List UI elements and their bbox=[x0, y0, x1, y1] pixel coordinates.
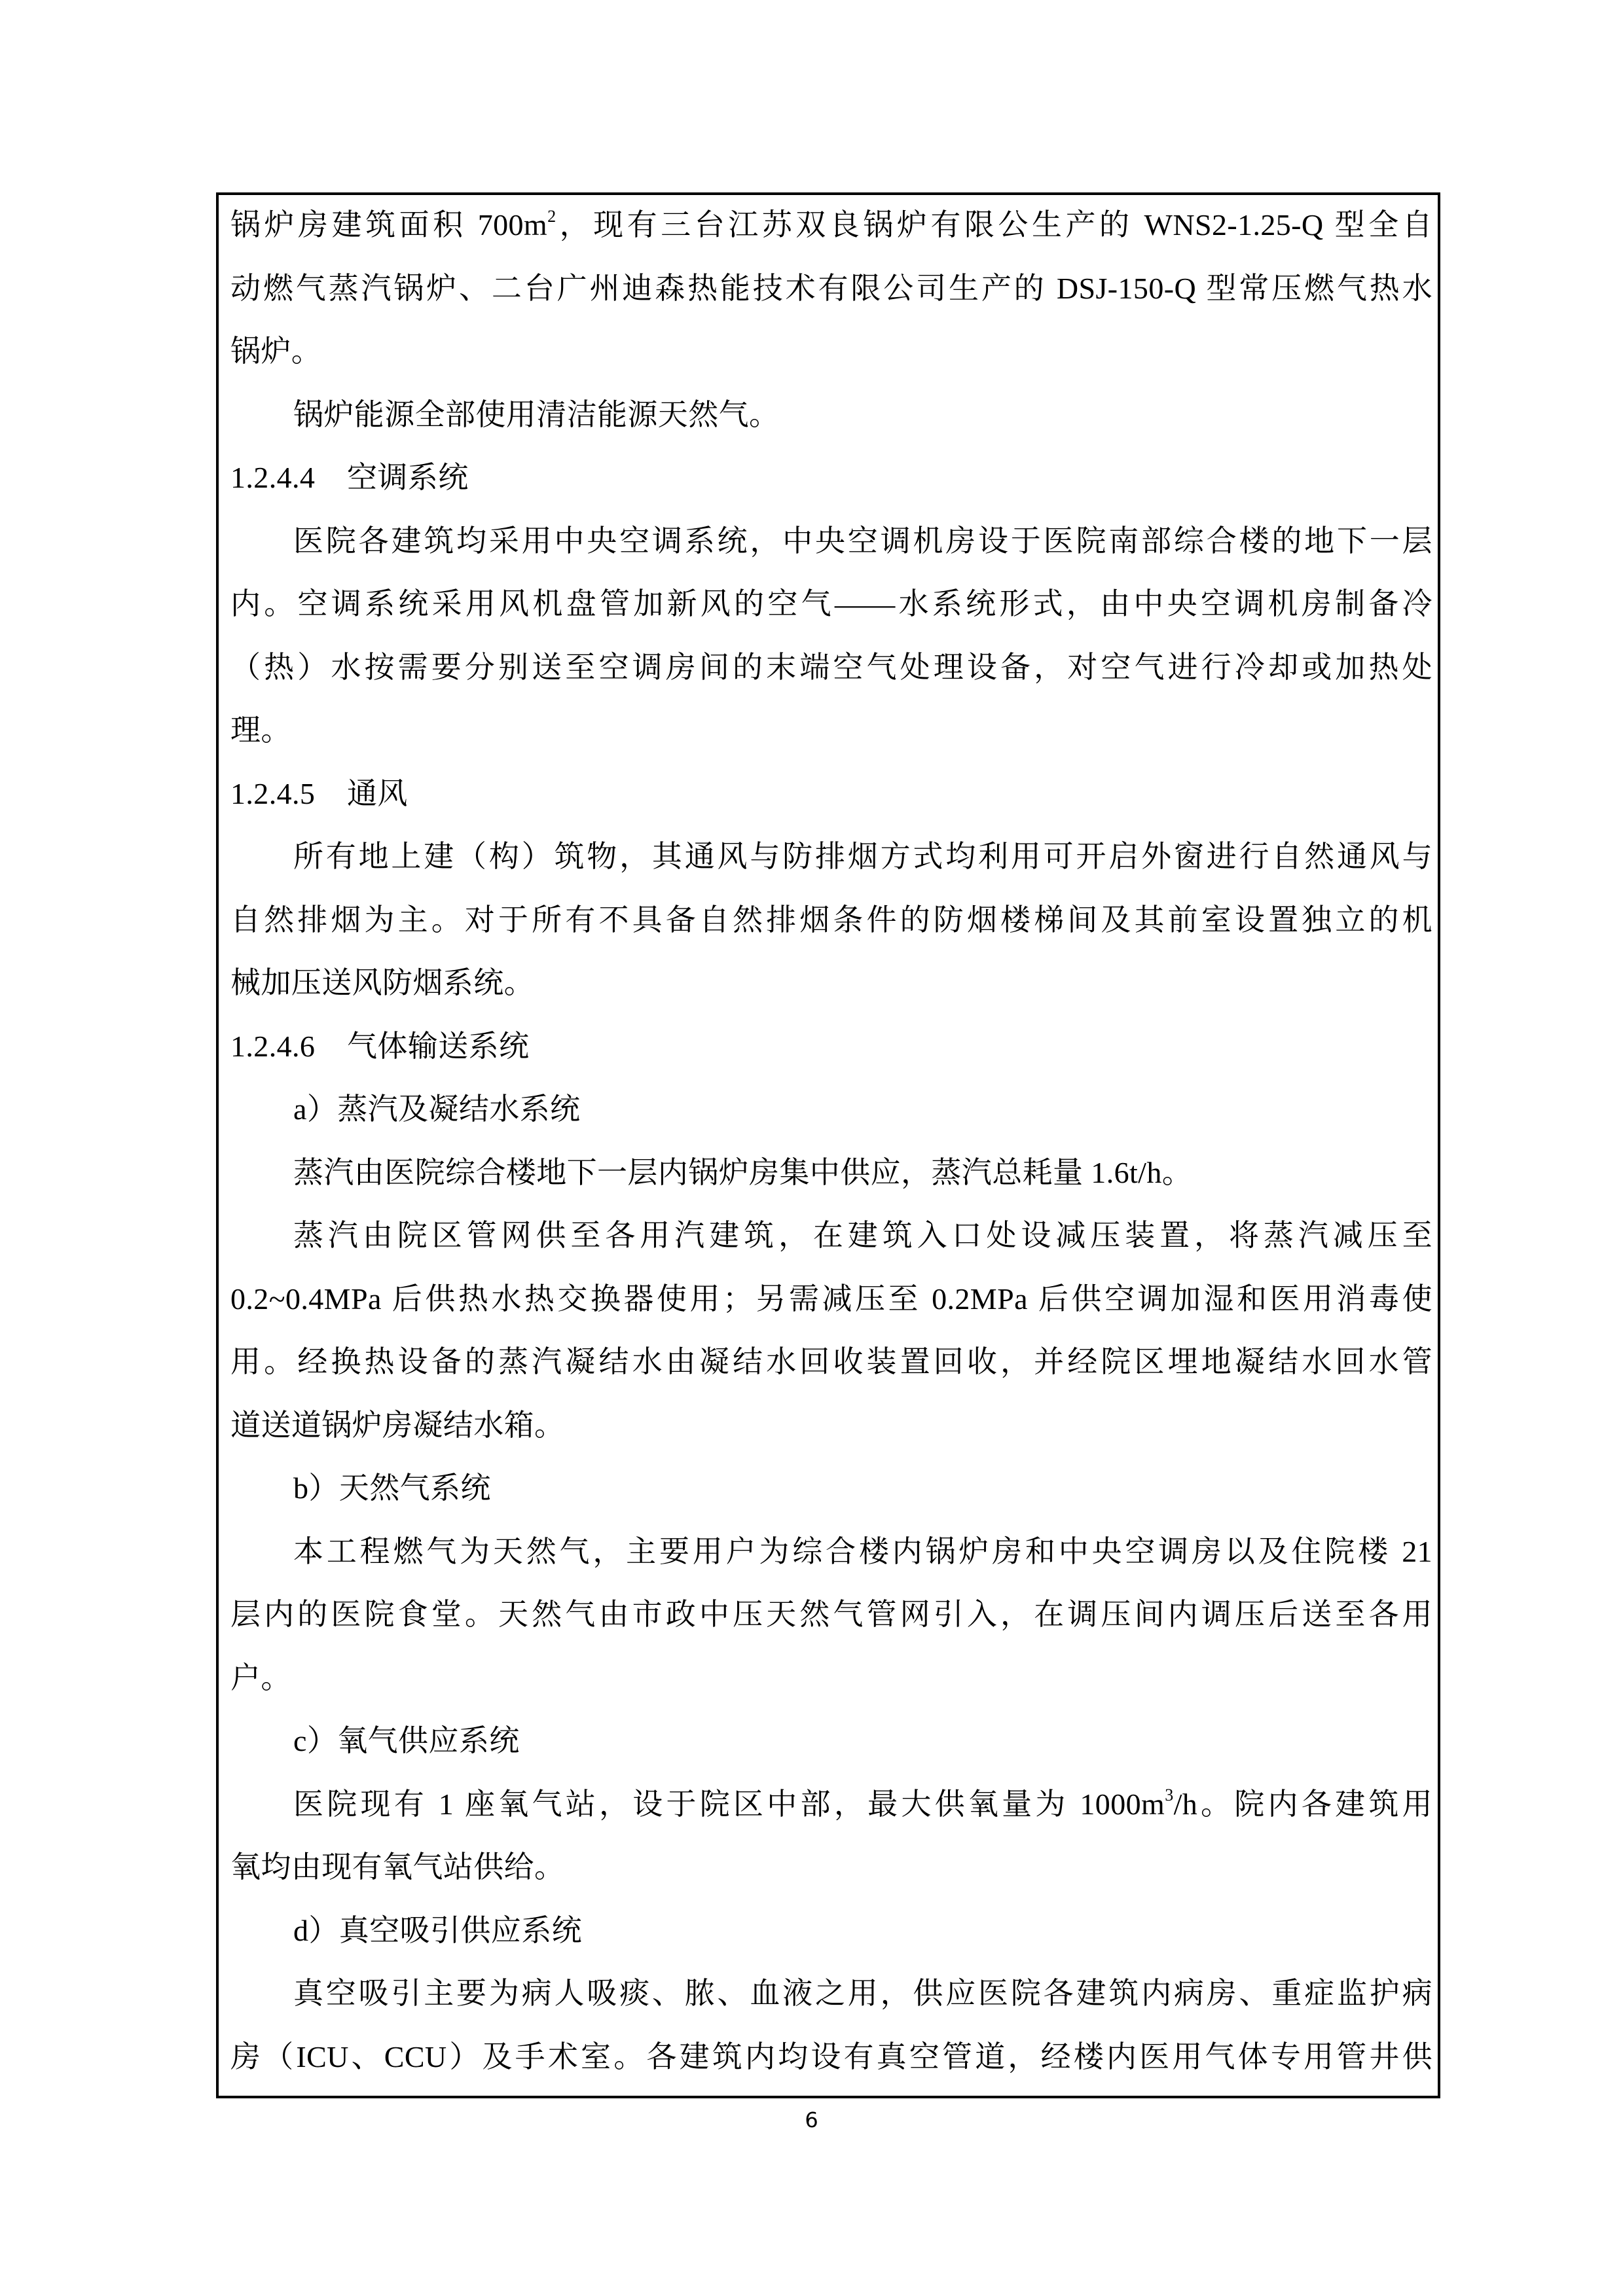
section-heading-1-2-4-4: 1.2.4.4空调系统 bbox=[230, 446, 1432, 510]
section-number: 1.2.4.6 bbox=[230, 1015, 347, 1079]
text-run: 锅炉房建筑面积 700m bbox=[230, 208, 547, 242]
section-title: 通风 bbox=[347, 777, 408, 810]
section-number: 1.2.4.5 bbox=[230, 762, 347, 826]
paragraph-line: 内。空调系统采用风机盘管加新风的空气——水系统形式，由中央空调机房制备冷 bbox=[230, 573, 1432, 636]
paragraph-line: 动燃气蒸汽锅炉、二台广州迪森热能技术有限公司生产的 DSJ-150-Q 型常压燃… bbox=[230, 257, 1432, 321]
paragraph-line: 蒸汽由院区管网供至各用汽建筑，在建筑入口处设减压装置，将蒸汽减压至 bbox=[230, 1204, 1432, 1268]
section-title: 气体输送系统 bbox=[347, 1030, 529, 1063]
subsection-heading-a: a）蒸汽及凝结水系统 bbox=[230, 1078, 1432, 1141]
section-title: 空调系统 bbox=[347, 461, 469, 494]
superscript: 2 bbox=[547, 207, 556, 226]
subsection-heading-c: c）氧气供应系统 bbox=[230, 1710, 1432, 1773]
paragraph-line: 械加压送风防烟系统。 bbox=[230, 952, 1432, 1015]
paragraph-line: 0.2~0.4MPa 后供热水热交换器使用；另需减压至 0.2MPa 后供空调加… bbox=[230, 1268, 1432, 1331]
subsection-heading-b: b）天然气系统 bbox=[230, 1457, 1432, 1520]
paragraph-line: 所有地上建（构）筑物，其通风与防排烟方式均利用可开启外窗进行自然通风与 bbox=[230, 825, 1432, 889]
paragraph-line: 层内的医院食堂。天然气由市政中压天然气管网引入，在调压间内调压后送至各用 bbox=[230, 1583, 1432, 1647]
document-body: 锅炉房建筑面积 700m2，现有三台江苏双良锅炉有限公生产的 WNS2-1.25… bbox=[230, 194, 1432, 2089]
paragraph-line: 锅炉房建筑面积 700m2，现有三台江苏双良锅炉有限公生产的 WNS2-1.25… bbox=[230, 194, 1432, 257]
paragraph-line: 户。 bbox=[230, 1647, 1432, 1710]
paragraph-line: 锅炉。 bbox=[230, 320, 1432, 384]
superscript: 3 bbox=[1165, 1785, 1173, 1804]
paragraph-line: 医院现有 1 座氧气站，设于院区中部，最大供氧量为 1000m3/h。院内各建筑… bbox=[230, 1773, 1432, 1837]
paragraph-line: 氧均由现有氧气站供给。 bbox=[230, 1836, 1432, 1899]
paragraph-line: （热）水按需要分别送至空调房间的末端空气处理设备，对空气进行冷却或加热处 bbox=[230, 636, 1432, 700]
page-number: 6 bbox=[0, 2108, 1623, 2132]
text-run: ，现有三台江苏双良锅炉有限公生产的 WNS2-1.25-Q 型全自 bbox=[556, 208, 1432, 242]
text-run: /h。院内各建筑用 bbox=[1174, 1787, 1432, 1821]
paragraph-line: 理。 bbox=[230, 699, 1432, 762]
text-run: 医院现有 1 座氧气站，设于院区中部，最大供氧量为 1000m bbox=[293, 1787, 1165, 1821]
paragraph-line: 本工程燃气为天然气，主要用户为综合楼内锅炉房和中央空调房以及住院楼 21 bbox=[230, 1520, 1432, 1584]
paragraph-line: 锅炉能源全部使用清洁能源天然气。 bbox=[230, 384, 1432, 447]
paragraph-line: 道送道锅炉房凝结水箱。 bbox=[230, 1394, 1432, 1458]
paragraph-line: 医院各建筑均采用中央空调系统，中央空调机房设于医院南部综合楼的地下一层 bbox=[230, 510, 1432, 573]
section-heading-1-2-4-5: 1.2.4.5通风 bbox=[230, 762, 1432, 826]
paragraph-line: 蒸汽由医院综合楼地下一层内锅炉房集中供应，蒸汽总耗量 1.6t/h。 bbox=[230, 1141, 1432, 1205]
subsection-heading-d: d）真空吸引供应系统 bbox=[230, 1899, 1432, 1963]
section-heading-1-2-4-6: 1.2.4.6气体输送系统 bbox=[230, 1015, 1432, 1079]
paragraph-line: 房（ICU、CCU）及手术室。各建筑内均设有真空管道，经楼内医用气体专用管井供 bbox=[230, 2026, 1432, 2089]
paragraph-line: 用。经换热设备的蒸汽凝结水由凝结水回收装置回收，并经院区埋地凝结水回水管 bbox=[230, 1331, 1432, 1394]
section-number: 1.2.4.4 bbox=[230, 446, 347, 510]
paragraph-line: 真空吸引主要为病人吸痰、脓、血液之用，供应医院各建筑内病房、重症监护病 bbox=[230, 1962, 1432, 2026]
paragraph-line: 自然排烟为主。对于所有不具备自然排烟条件的防烟楼梯间及其前室设置独立的机 bbox=[230, 889, 1432, 952]
